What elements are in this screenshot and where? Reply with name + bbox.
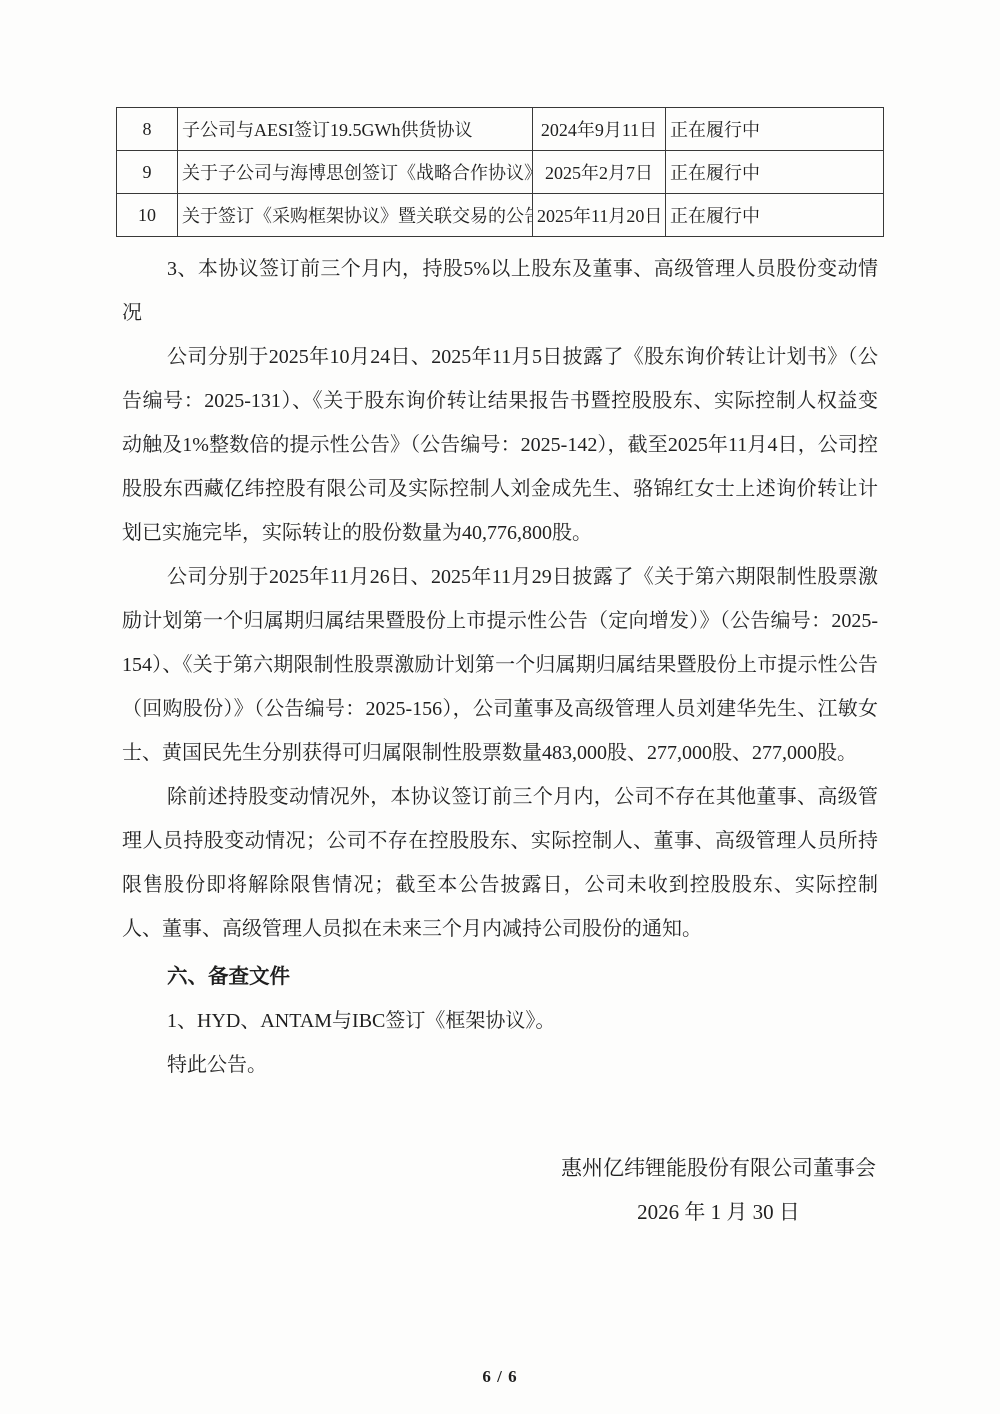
document-page: 8 子公司与AESI签订19.5GWh供货协议 2024年9月11日 正在履行中… (0, 0, 1000, 1414)
cell-status: 正在履行中 (666, 151, 884, 194)
cell-announcement-title: 子公司与AESI签订19.5GWh供货协议 (178, 108, 533, 151)
paragraph-incentive-plan-disclosure: 公司分别于2025年11月26日、2025年11月29日披露了《关于第六期限制性… (122, 555, 878, 775)
cell-status: 正在履行中 (666, 108, 884, 151)
cell-date: 2025年2月7日 (533, 151, 666, 194)
paragraph-inquiry-transfer-disclosure: 公司分别于2025年10月24日、2025年11月5日披露了《股东询价转让计划书… (122, 335, 878, 555)
signature-date: 2026 年 1 月 30 日 (561, 1190, 876, 1234)
table-row: 8 子公司与AESI签订19.5GWh供货协议 2024年9月11日 正在履行中 (117, 108, 884, 151)
reference-document-item: 1、HYD、ANTAM与IBC签订《框架协议》。 (122, 999, 878, 1043)
table-row: 9 关于子公司与海博思创签订《战略合作协议》 2025年2月7日 正在履行中 (117, 151, 884, 194)
cell-row-number: 10 (117, 194, 178, 237)
cell-date: 2025年11月20日 (533, 194, 666, 237)
cell-announcement-title: 关于签订《采购框架协议》暨关联交易的公告 (178, 194, 533, 237)
document-content: 8 子公司与AESI签订19.5GWh供货协议 2024年9月11日 正在履行中… (116, 0, 884, 1234)
paragraph-item-3: 3、本协议签订前三个月内，持股5%以上股东及董事、高级管理人员股份变动情况 (122, 247, 878, 335)
cell-announcement-title: 关于子公司与海博思创签订《战略合作协议》 (178, 151, 533, 194)
cell-date: 2024年9月11日 (533, 108, 666, 151)
table-row: 10 关于签订《采购框架协议》暨关联交易的公告 2025年11月20日 正在履行… (117, 194, 884, 237)
page-number: 6 / 6 (0, 1367, 1000, 1387)
cell-row-number: 8 (117, 108, 178, 151)
section-heading-reference-documents: 六、备查文件 (122, 955, 878, 999)
signature-block: 惠州亿纬锂能股份有限公司董事会 2026 年 1 月 30 日 (561, 1146, 876, 1234)
agreements-table: 8 子公司与AESI签订19.5GWh供货协议 2024年9月11日 正在履行中… (116, 107, 884, 237)
signature-company: 惠州亿纬锂能股份有限公司董事会 (561, 1146, 876, 1190)
closing-statement: 特此公告。 (122, 1043, 878, 1087)
cell-status: 正在履行中 (666, 194, 884, 237)
cell-row-number: 9 (117, 151, 178, 194)
paragraph-no-other-shareholding-changes: 除前述持股变动情况外，本协议签订前三个月内，公司不存在其他董事、高级管理人员持股… (122, 775, 878, 951)
